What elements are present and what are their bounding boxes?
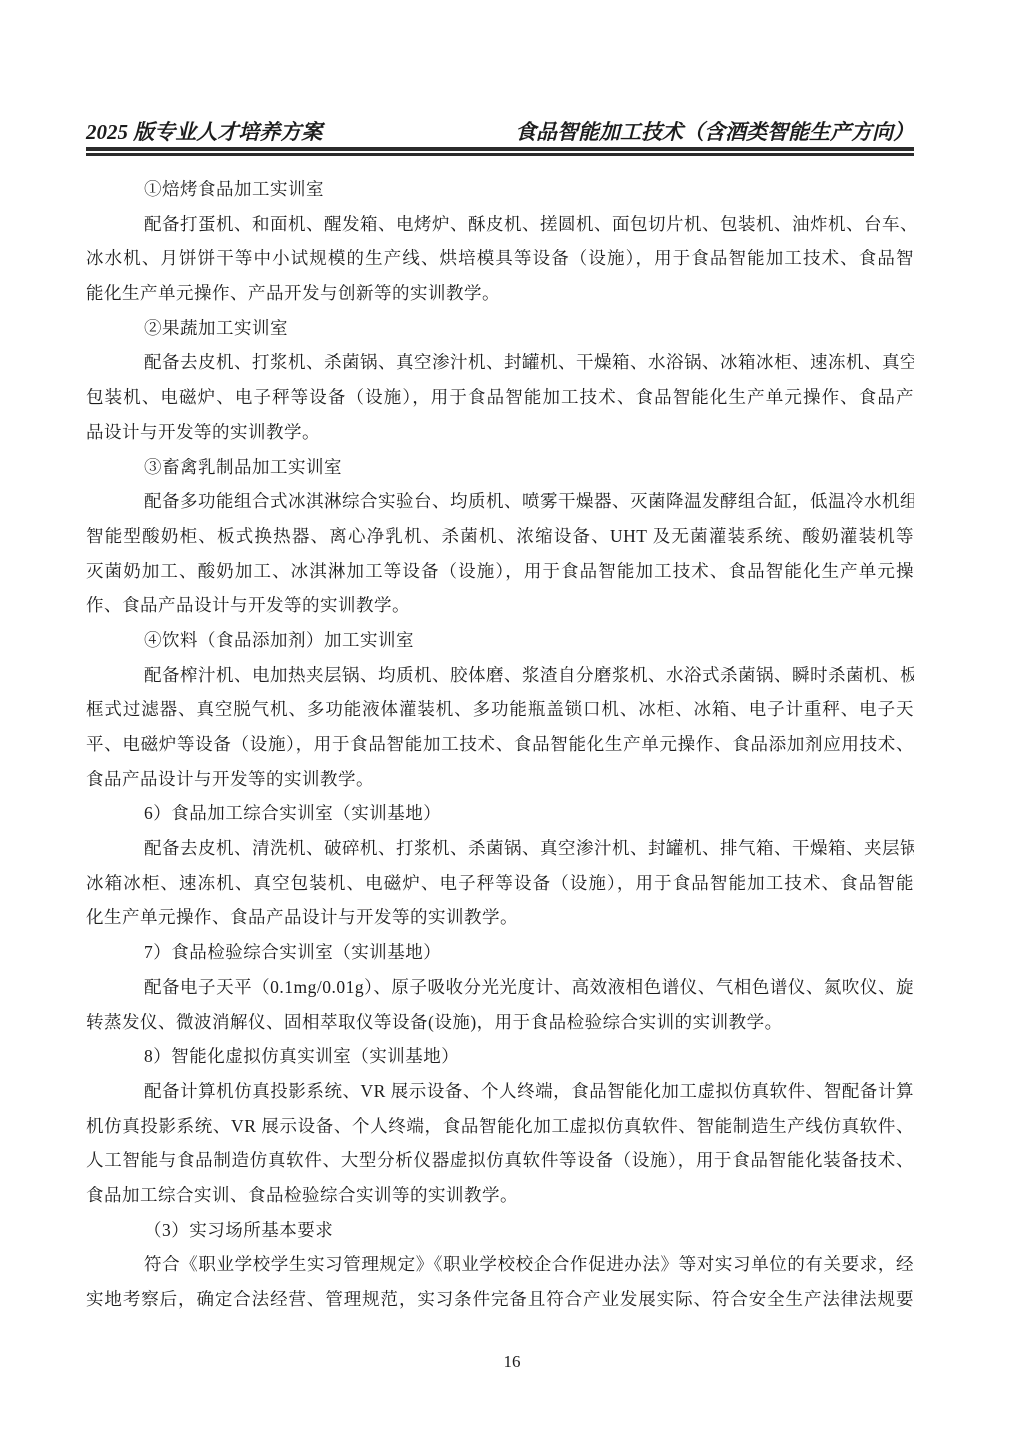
text-line: 食品加工综合实训、食品检验综合实训等的实训教学。 bbox=[86, 1178, 914, 1213]
text-line: 配备去皮机、打浆机、杀菌锅、真空渗汁机、封罐机、干燥箱、水浴锅、冰箱冰柜、速冻机… bbox=[86, 345, 914, 380]
text-line: 灭菌奶加工、酸奶加工、冰淇淋加工等设备（设施），用于食品智能加工技术、食品智能化… bbox=[86, 554, 914, 589]
text-line: 智能型酸奶柜、板式换热器、离心净乳机、杀菌机、浓缩设备、UHT 及无菌灌装系统、… bbox=[86, 519, 914, 554]
text-line: 7）食品检验综合实训室（实训基地） bbox=[86, 935, 914, 970]
header-right-title: 食品智能加工技术（含酒类智能生产方向） bbox=[515, 116, 914, 146]
text-line: ③畜禽乳制品加工实训室 bbox=[86, 450, 914, 485]
text-line: 框式过滤器、真空脱气机、多功能液体灌装机、多功能瓶盖锁口机、冰柜、冰箱、电子计重… bbox=[86, 692, 914, 727]
running-header: 2025 版专业人才培养方案 食品智能加工技术（含酒类智能生产方向） bbox=[86, 116, 914, 146]
text-line: 配备去皮机、清洗机、破碎机、打浆机、杀菌锅、真空渗汁机、封罐机、排气箱、干燥箱、… bbox=[86, 831, 914, 866]
text-line: 配备榨汁机、电加热夹层锅、均质机、胶体磨、浆渣自分磨浆机、水浴式杀菌锅、瞬时杀菌… bbox=[86, 658, 914, 693]
text-line: 配备计算机仿真投影系统、VR 展示设备、个人终端，食品智能化加工虚拟仿真软件、智… bbox=[86, 1074, 914, 1109]
document-body: ①焙烤食品加工实训室 配备打蛋机、和面机、醒发箱、电烤炉、酥皮机、搓圆机、面包切… bbox=[86, 172, 914, 1317]
text-line: （3）实习场所基本要求 bbox=[86, 1213, 914, 1248]
text-line: 食品产品设计与开发等的实训教学。 bbox=[86, 762, 914, 797]
text-line: ②果蔬加工实训室 bbox=[86, 311, 914, 346]
page-footer: 16 bbox=[0, 1352, 1024, 1372]
text-line: 机仿真投影系统、VR 展示设备、个人终端，食品智能化加工虚拟仿真软件、智能制造生… bbox=[86, 1109, 914, 1144]
header-double-rule bbox=[86, 147, 914, 156]
text-line: 6）食品加工综合实训室（实训基地） bbox=[86, 796, 914, 831]
text-line: 包装机、电磁炉、电子秤等设备（设施），用于食品智能加工技术、食品智能化生产单元操… bbox=[86, 380, 914, 415]
header-left-title: 2025 版专业人才培养方案 bbox=[86, 116, 322, 146]
text-line: 8）智能化虚拟仿真实训室（实训基地） bbox=[86, 1039, 914, 1074]
document-page: 2025 版专业人才培养方案 食品智能加工技术（含酒类智能生产方向） ①焙烤食品… bbox=[0, 0, 1024, 1448]
page-number: 16 bbox=[504, 1352, 521, 1371]
text-line: 作、食品产品设计与开发等的实训教学。 bbox=[86, 588, 914, 623]
text-line: 冰箱冰柜、速冻机、真空包装机、电磁炉、电子秤等设备（设施），用于食品智能加工技术… bbox=[86, 866, 914, 901]
text-line: 冰水机、月饼饼干等中小试规模的生产线、烘培模具等设备（设施），用于食品智能加工技… bbox=[86, 241, 914, 276]
text-line: 符合《职业学校学生实习管理规定》《职业学校校企合作促进办法》等对实习单位的有关要… bbox=[86, 1247, 914, 1282]
text-line: 化生产单元操作、食品产品设计与开发等的实训教学。 bbox=[86, 900, 914, 935]
text-line: ①焙烤食品加工实训室 bbox=[86, 172, 914, 207]
text-line: 配备多功能组合式冰淇淋综合实验台、均质机、喷雾干燥器、灭菌降温发酵组合缸，低温冷… bbox=[86, 484, 914, 519]
text-line: 实地考察后，确定合法经营、管理规范，实习条件完备且符合产业发展实际、符合安全生产… bbox=[86, 1282, 914, 1317]
text-line: 配备打蛋机、和面机、醒发箱、电烤炉、酥皮机、搓圆机、面包切片机、包装机、油炸机、… bbox=[86, 207, 914, 242]
text-line: 配备电子天平（0.1mg/0.01g）、原子吸收分光光度计、高效液相色谱仪、气相… bbox=[86, 970, 914, 1005]
text-line: 人工智能与食品制造仿真软件、大型分析仪器虚拟仿真软件等设备（设施），用于食品智能… bbox=[86, 1143, 914, 1178]
text-line: 平、电磁炉等设备（设施），用于食品智能加工技术、食品智能化生产单元操作、食品添加… bbox=[86, 727, 914, 762]
text-line: ④饮料（食品添加剂）加工实训室 bbox=[86, 623, 914, 658]
text-line: 能化生产单元操作、产品开发与创新等的实训教学。 bbox=[86, 276, 914, 311]
text-line: 转蒸发仪、微波消解仪、固相萃取仪等设备(设施)，用于食品检验综合实训的实训教学。 bbox=[86, 1005, 914, 1040]
text-line: 品设计与开发等的实训教学。 bbox=[86, 415, 914, 450]
